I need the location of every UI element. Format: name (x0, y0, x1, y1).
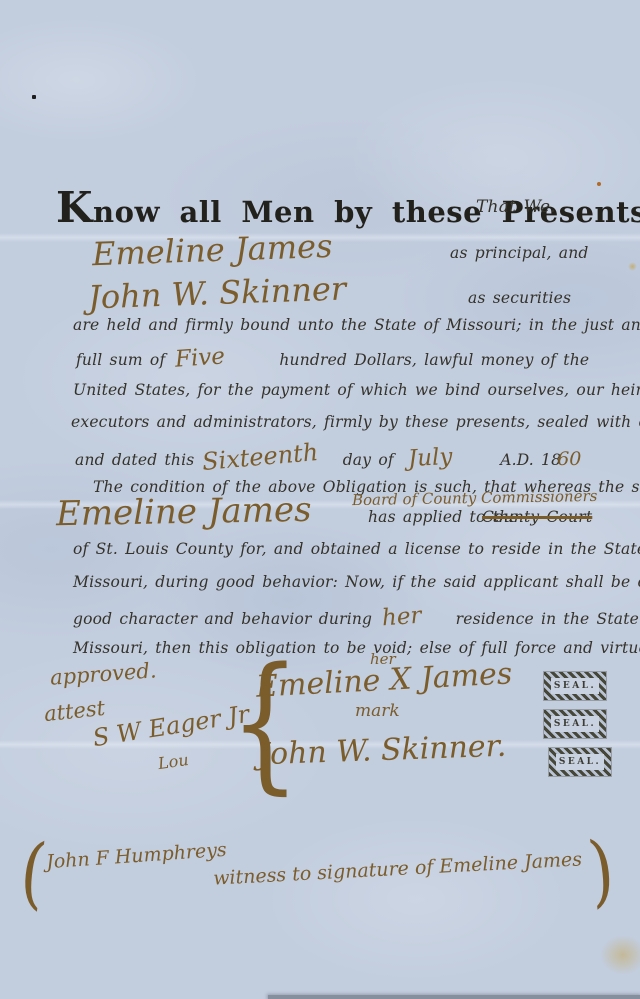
security-signature-handwritten: John W. Skinner. (257, 729, 506, 773)
principal-label: as principal, and (450, 244, 589, 262)
mark-word-handwritten: mark (355, 701, 400, 721)
seal-stamp-2: SEAL. (544, 710, 606, 738)
month-handwritten: July (407, 444, 453, 472)
body-line-1: are held and firmly bound unto the State… (73, 316, 640, 334)
scanned-document: Know all Men by these Presents, That We.… (0, 0, 640, 999)
principal-name-handwritten: Emeline James (91, 227, 333, 273)
scan-edge-shadow (268, 995, 640, 999)
paper-stain (600, 935, 640, 975)
witness-paren-close: ) (585, 831, 617, 911)
approved-handwritten: approved. (49, 658, 157, 689)
body-line-2: full sum of Five hundred Dollars, lawful… (76, 345, 589, 371)
body-line-3: United States, for the payment of which … (73, 381, 640, 399)
applicant-name-handwritten: Emeline James (56, 490, 312, 534)
struck-county-court: County Court (482, 508, 592, 526)
body-line-2-pre: full sum of (76, 351, 165, 369)
seal-label: SEAL. (556, 754, 604, 770)
attest-handwritten: attest (43, 696, 106, 726)
seal-stamp-1: SEAL. (544, 672, 606, 700)
paper-speck (32, 95, 36, 99)
date-line-mid: day of (343, 451, 394, 469)
pronoun-handwritten: her (381, 603, 422, 632)
witness-note-handwritten: witness to signature of Emeline James (213, 848, 583, 889)
witness-name-handwritten: John F Humphreys (45, 839, 227, 874)
condition-line-4-post: residence in the State of (456, 610, 640, 628)
security-name-handwritten: John W. Skinner (87, 270, 346, 317)
attest-signature-line2-handwritten: Lou (157, 750, 190, 773)
sum-handwritten: Five (175, 343, 227, 372)
body-line-4: executors and administrators, firmly by … (71, 413, 640, 431)
condition-line-5: Missouri, then this obligation to be voi… (73, 639, 640, 657)
condition-line-4-pre: good character and behavior during (73, 610, 372, 628)
date-line-pre: and dated this (75, 451, 194, 469)
day-handwritten: Sixteenth (201, 438, 319, 476)
body-line-2-post: hundred Dollars, lawful money of the (279, 351, 589, 369)
ad-printed: A.D. 18 (500, 451, 561, 469)
condition-line-3: Missouri, during good behavior: Now, if … (73, 573, 640, 591)
that-we-text: That We. (476, 197, 556, 217)
paper-speck (597, 182, 601, 186)
condition-line-4: good character and behavior during her r… (73, 604, 640, 630)
paper-stain (628, 262, 637, 271)
witness-paren-open: ( (17, 833, 49, 913)
seal-stamp-3: SEAL. (549, 748, 611, 776)
seal-label: SEAL. (551, 678, 599, 694)
seal-label: SEAL. (551, 716, 599, 732)
date-line: and dated this Sixteenth day of July A.D… (75, 443, 581, 471)
condition-line-2: of St. Louis County for, and obtained a … (73, 540, 640, 558)
year-handwritten: 60 (557, 448, 581, 470)
security-label: as securities (468, 289, 571, 307)
